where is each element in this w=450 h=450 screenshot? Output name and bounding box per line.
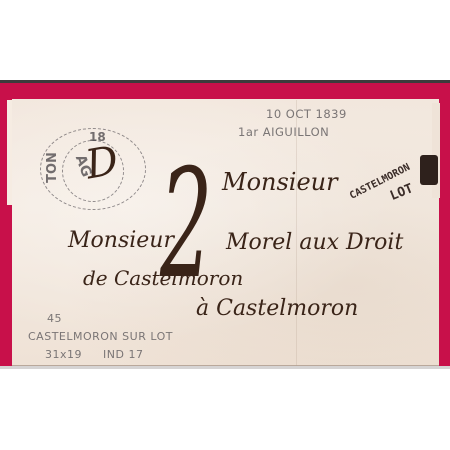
bottom-border [0, 366, 450, 369]
pencil-via: 1ar AIGUILLON [238, 125, 329, 139]
recipient-line-1: Monsieur [222, 168, 338, 196]
pencil-date: 10 OCT 1839 [266, 107, 347, 121]
recipient-line-4: de Castelmoron [83, 266, 243, 290]
pencil-reference: IND 17 [103, 348, 143, 361]
pencil-dimensions: 31x19 [45, 348, 82, 361]
recipient-line-5: à Castelmoron [196, 296, 358, 321]
recipient-line-3: Monsieur [68, 228, 174, 253]
postmark-outer-text: TON [45, 152, 60, 183]
recipient-line-2: Morel aux Droit [226, 230, 403, 255]
pencil-town: CASTELMORON SUR LOT [28, 330, 173, 343]
ink-blot [420, 155, 438, 185]
pencil-lot-number: 45 [47, 312, 62, 325]
